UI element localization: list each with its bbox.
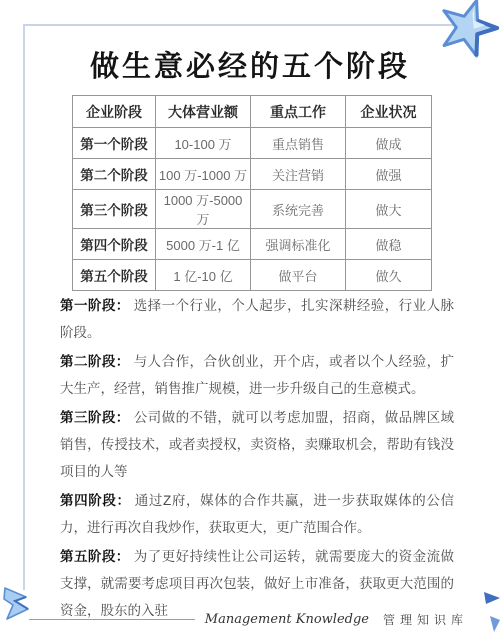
cell-stage: 第五个阶段 (73, 260, 156, 291)
cell-status: 做成 (346, 128, 432, 159)
header-status: 企业状况 (346, 96, 432, 128)
page-title: 做生意必经的五个阶段 (0, 44, 500, 85)
table-row: 第五个阶段 1 亿-10 亿 做平台 做久 (73, 260, 432, 291)
stage-label: 第一阶段： (60, 298, 130, 313)
stage-label: 第五阶段： (60, 549, 130, 564)
stage-description: 第一阶段：选择一个行业，个人起步，扎实深耕经验，行业人脉阶段。 (60, 292, 454, 346)
cell-revenue: 100 万-1000 万 (156, 159, 251, 190)
frame-top-line (23, 24, 465, 26)
cell-stage: 第三个阶段 (73, 190, 156, 229)
cell-status: 做强 (346, 159, 432, 190)
cell-revenue: 5000 万-1 亿 (156, 229, 251, 260)
header-stage: 企业阶段 (73, 96, 156, 128)
table-row: 第一个阶段 10-100 万 重点销售 做成 (73, 128, 432, 159)
table-row: 第二个阶段 100 万-1000 万 关注营销 做强 (73, 159, 432, 190)
cell-revenue: 1000 万-5000 万 (156, 190, 251, 229)
cell-focus: 重点销售 (251, 128, 346, 159)
table-row: 第三个阶段 1000 万-5000 万 系统完善 做大 (73, 190, 432, 229)
stage-descriptions: 第一阶段：选择一个行业，个人起步，扎实深耕经验，行业人脉阶段。 第二阶段：与人合… (60, 292, 454, 626)
stage-description: 第三阶段：公司做的不错，就可以考虑加盟，招商，做品牌区域销售，传授技术，或者卖授… (60, 404, 454, 485)
cell-revenue: 10-100 万 (156, 128, 251, 159)
header-revenue: 大体营业额 (156, 96, 251, 128)
cell-stage: 第二个阶段 (73, 159, 156, 190)
cell-status: 做大 (346, 190, 432, 229)
brand-name-chinese: 管理知识库 (383, 611, 468, 628)
brand-name-english: Management Knowledge (205, 612, 369, 627)
cell-focus: 做平台 (251, 260, 346, 291)
stage-description: 第四阶段：通过Z府，媒体的合作共赢，进一步获取媒体的公信力，进行再次自我炒作，获… (60, 487, 454, 541)
cell-focus: 关注营销 (251, 159, 346, 190)
corner-arrow-icon (482, 590, 500, 634)
cell-revenue: 1 亿-10 亿 (156, 260, 251, 291)
cell-stage: 第四个阶段 (73, 229, 156, 260)
stage-table: 企业阶段 大体营业额 重点工作 企业状况 第一个阶段 10-100 万 重点销售… (72, 95, 432, 291)
footer-divider-line (29, 619, 195, 620)
cell-status: 做久 (346, 260, 432, 291)
frame-left-line (23, 24, 25, 590)
cell-focus: 系统完善 (251, 190, 346, 229)
table-row: 第四个阶段 5000 万-1 亿 强调标准化 做稳 (73, 229, 432, 260)
stage-label: 第二阶段： (60, 354, 130, 369)
stage-label: 第四阶段： (60, 493, 131, 508)
footer: Management Knowledge 管理知识库 (0, 608, 468, 630)
stage-label: 第三阶段： (60, 410, 130, 425)
cell-status: 做稳 (346, 229, 432, 260)
stage-description: 第二阶段：与人合作，合伙创业，开个店，或者以个人经验，扩大生产，经营，销售推广规… (60, 348, 454, 402)
cell-stage: 第一个阶段 (73, 128, 156, 159)
header-focus: 重点工作 (251, 96, 346, 128)
table-header-row: 企业阶段 大体营业额 重点工作 企业状况 (73, 96, 432, 128)
poster-page: 做生意必经的五个阶段 企业阶段 大体营业额 重点工作 企业状况 第一个阶段 10… (0, 0, 500, 638)
cell-focus: 强调标准化 (251, 229, 346, 260)
